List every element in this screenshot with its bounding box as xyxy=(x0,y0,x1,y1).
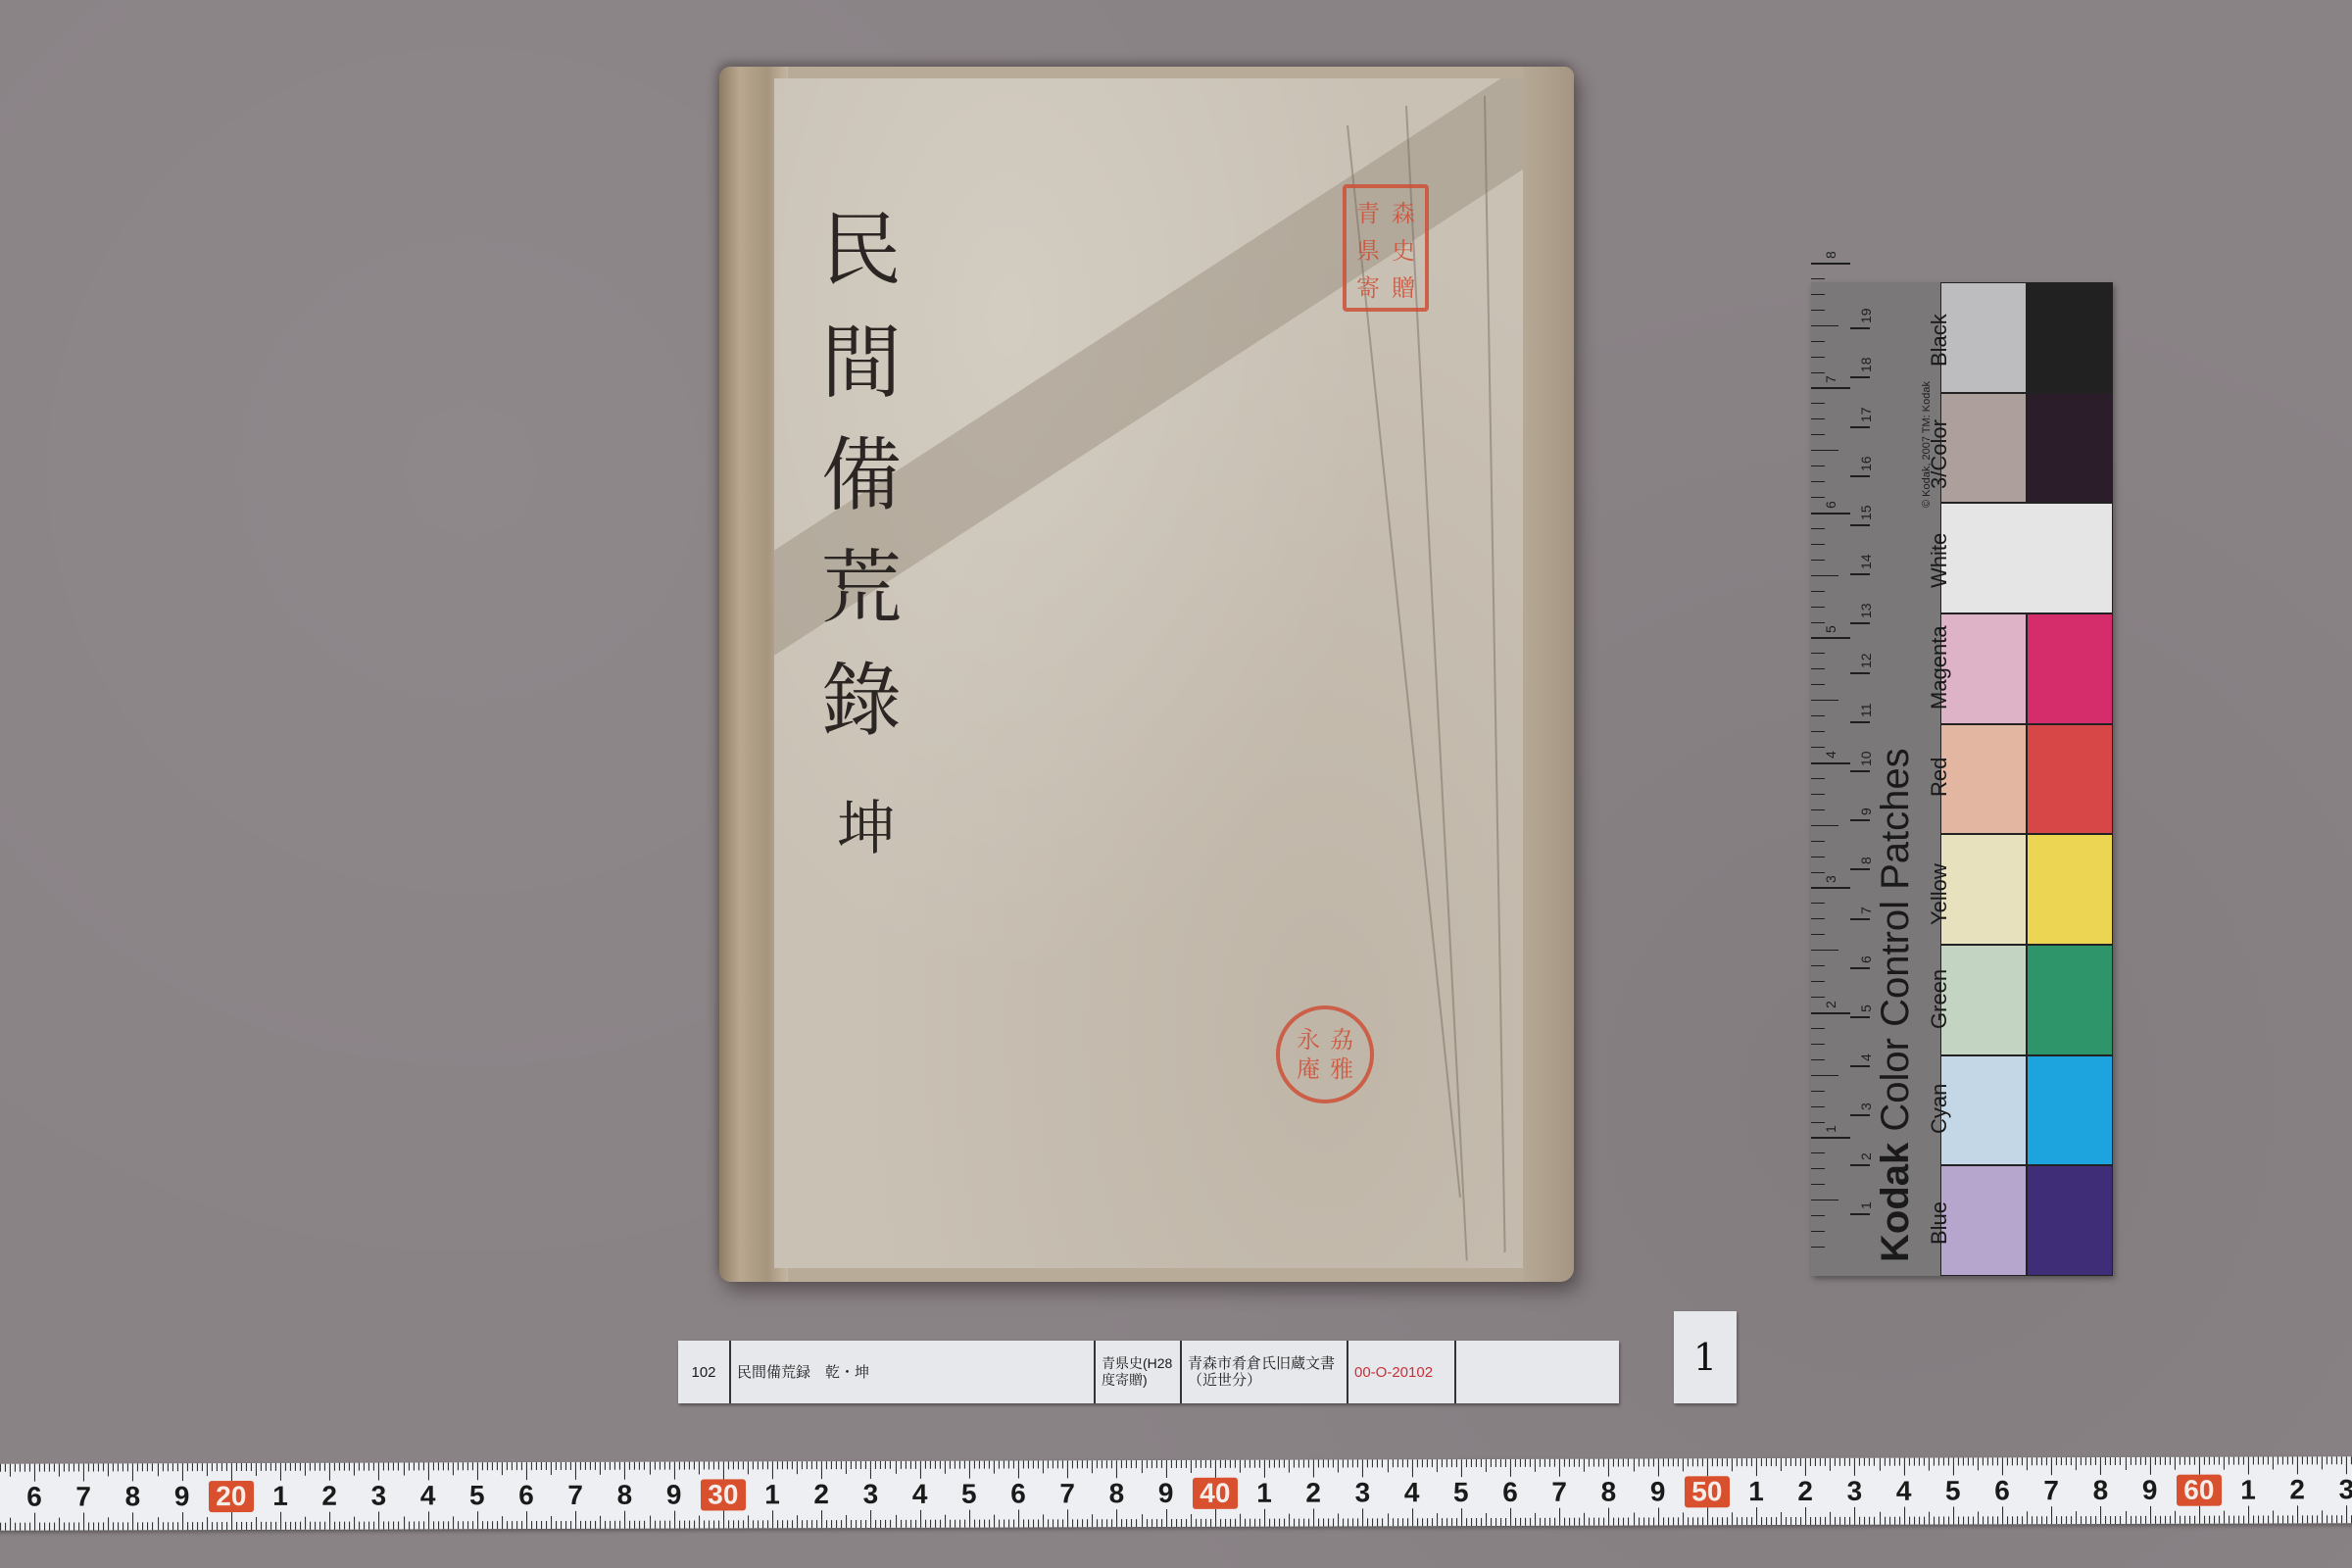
tape-tick xyxy=(132,1512,133,1530)
tape-tick xyxy=(1407,1518,1408,1526)
tape-tick xyxy=(1077,1519,1078,1527)
tape-tick xyxy=(34,1464,35,1482)
tape-tick xyxy=(1422,1518,1423,1526)
tape-tick xyxy=(1530,1459,1531,1467)
tape-tick xyxy=(2307,1515,2308,1523)
tape-tick xyxy=(1643,1517,1644,1525)
tape-tick xyxy=(197,1522,198,1530)
tape-tick xyxy=(280,1512,281,1530)
tape-tick xyxy=(831,1461,832,1469)
tape-tick xyxy=(448,1462,449,1470)
tape-tick xyxy=(319,1463,320,1471)
tape-tick xyxy=(5,1464,6,1472)
tape-tick xyxy=(49,1523,50,1531)
tape-tick xyxy=(295,1463,296,1471)
tape-tick xyxy=(1495,1459,1496,1467)
tape-tick xyxy=(1805,1507,1806,1525)
tape-tick xyxy=(694,1462,695,1470)
tape-tick xyxy=(777,1520,778,1528)
patch-label: Yellow xyxy=(1927,863,1952,925)
tape-tick xyxy=(2224,1511,2225,1524)
tape-tick xyxy=(2341,1515,2342,1523)
tape-tick xyxy=(5,1523,6,1531)
tape-tick xyxy=(354,1463,355,1476)
tape-tick xyxy=(585,1462,586,1470)
tape-tick xyxy=(2312,1515,2313,1523)
tape-label: 8 xyxy=(600,1480,649,1511)
tape-tick xyxy=(1200,1519,1201,1527)
tape-tick xyxy=(1613,1518,1614,1526)
tape-tick xyxy=(2022,1516,2023,1524)
tape-tick xyxy=(1402,1518,1403,1526)
tape-tick xyxy=(1776,1517,1777,1525)
seal-char: 劦 xyxy=(1325,1025,1358,1054)
tape-tick xyxy=(1574,1518,1575,1526)
tape-tick xyxy=(851,1520,852,1528)
tape-tick xyxy=(772,1510,773,1528)
tape-tick xyxy=(2081,1516,2082,1524)
tape-tick xyxy=(147,1463,148,1471)
tape-tick xyxy=(275,1522,276,1530)
tape-tick xyxy=(373,1463,374,1471)
tape-tick xyxy=(955,1461,955,1469)
tape-tick xyxy=(1274,1460,1275,1468)
tape-tick xyxy=(1210,1460,1211,1468)
tape-tick xyxy=(619,1521,620,1529)
tape-tick xyxy=(787,1461,788,1469)
tape-tick xyxy=(999,1461,1000,1469)
tape-tick xyxy=(2341,1456,2342,1464)
tape-tick xyxy=(236,1463,237,1471)
tape-tick xyxy=(1914,1458,1915,1466)
tape-tick xyxy=(723,1461,724,1479)
tape-tick xyxy=(127,1463,128,1471)
tape-tick xyxy=(989,1520,990,1528)
tape-tick xyxy=(197,1463,198,1471)
tape-tick xyxy=(2032,1457,2033,1465)
tape-tick xyxy=(2105,1457,2106,1465)
tape-tick xyxy=(1623,1459,1624,1467)
tape-tick xyxy=(1352,1459,1353,1467)
tape-label: 2 xyxy=(797,1479,846,1510)
inch-subtick xyxy=(1811,278,1825,279)
tape-tick xyxy=(497,1462,498,1470)
tape-tick xyxy=(709,1461,710,1469)
tape-tick xyxy=(1786,1458,1787,1466)
tape-tick xyxy=(1781,1512,1782,1525)
tape-tick xyxy=(1377,1459,1378,1467)
tape-tick xyxy=(1367,1459,1368,1467)
tape-tick xyxy=(266,1463,267,1471)
catalog-title: 民間備荒録 乾・坤 xyxy=(731,1341,1096,1403)
tape-tick xyxy=(1466,1459,1467,1467)
tape-label: 7 xyxy=(2027,1475,2076,1506)
tape-tick xyxy=(2204,1516,2205,1524)
tape-tick xyxy=(580,1521,581,1529)
tape-tick xyxy=(1382,1459,1383,1467)
patch-label: Blue xyxy=(1927,1201,1952,1245)
tape-tick xyxy=(1929,1512,1930,1525)
tape-tick xyxy=(767,1520,768,1528)
tape-tick xyxy=(959,1520,960,1528)
tape-tick xyxy=(349,1463,350,1471)
tape-tick xyxy=(955,1520,955,1528)
tape-label: 3 xyxy=(2322,1474,2352,1505)
tape-tick xyxy=(0,1523,1,1531)
tape-tick xyxy=(1908,1458,1909,1466)
tape-tick xyxy=(349,1522,350,1530)
tape-tick xyxy=(502,1462,503,1475)
tape-tick xyxy=(914,1461,915,1469)
tape-tick xyxy=(1181,1519,1182,1527)
tape-tick xyxy=(1515,1459,1516,1467)
tape-tick xyxy=(1106,1519,1107,1527)
tape-tick xyxy=(295,1522,296,1530)
tape-tick xyxy=(1328,1519,1329,1527)
tape-tick xyxy=(319,1522,320,1530)
tape-tick xyxy=(20,1523,21,1531)
tape-tick xyxy=(1264,1460,1265,1478)
tape-tick xyxy=(1471,1518,1472,1526)
tape-tick xyxy=(836,1520,837,1528)
tape-tick xyxy=(1948,1517,1949,1525)
tape-tick xyxy=(984,1461,985,1469)
tape-tick xyxy=(1200,1460,1201,1468)
tape-tick xyxy=(816,1520,817,1528)
tape-tick xyxy=(1844,1458,1845,1466)
tape-tick xyxy=(1417,1459,1418,1467)
tape-tick xyxy=(212,1463,213,1471)
tape-tick xyxy=(614,1462,615,1470)
tape-tick xyxy=(1097,1519,1098,1527)
tape-tick xyxy=(413,1462,414,1470)
tape-tick xyxy=(1451,1518,1452,1526)
tape-tick xyxy=(1707,1507,1708,1525)
tape-tick xyxy=(624,1511,625,1529)
tape-tick xyxy=(433,1462,434,1470)
tape-tick xyxy=(684,1521,685,1529)
tape-tick xyxy=(1633,1459,1634,1472)
tape-tick xyxy=(797,1515,798,1528)
color-patch-light xyxy=(1940,945,2027,1055)
tape-tick xyxy=(2175,1511,2176,1524)
tape-tick xyxy=(1245,1519,1246,1527)
tape-tick xyxy=(660,1521,661,1529)
tape-tick xyxy=(728,1520,729,1528)
tape-tick xyxy=(2243,1457,2244,1465)
tape-tick xyxy=(2258,1516,2259,1524)
tape-tick xyxy=(1067,1460,1068,1478)
tape-tick xyxy=(1461,1508,1462,1526)
tape-tick xyxy=(565,1521,566,1529)
tape-tick xyxy=(945,1461,946,1474)
tape-tick xyxy=(1854,1458,1855,1476)
tape-tick xyxy=(851,1461,852,1469)
tape-label: 6 xyxy=(502,1480,551,1511)
tape-tick xyxy=(143,1522,144,1530)
tape-tick xyxy=(1624,1518,1625,1526)
tape-tick xyxy=(654,1462,655,1470)
tape-tick xyxy=(2046,1516,2047,1524)
tape-tick xyxy=(1362,1508,1363,1526)
tape-tick xyxy=(158,1517,159,1530)
tape-tick xyxy=(1978,1457,1979,1470)
tape-tick xyxy=(1598,1459,1599,1467)
tape-tick xyxy=(217,1522,218,1530)
tape-tick xyxy=(1279,1460,1280,1468)
tape-tick xyxy=(1579,1459,1580,1467)
seal-char: 雅 xyxy=(1325,1054,1358,1084)
tape-tick xyxy=(1997,1516,1998,1524)
tape-tick xyxy=(246,1522,247,1530)
tape-tick xyxy=(1018,1510,1019,1528)
tape-tick xyxy=(2027,1511,2028,1524)
tape-tick xyxy=(1987,1516,1988,1524)
tape-tick xyxy=(969,1461,970,1479)
tape-tick xyxy=(482,1462,483,1470)
tape-tick xyxy=(122,1522,123,1530)
tape-tick xyxy=(167,1463,168,1471)
tape-tick xyxy=(512,1462,513,1470)
tape-tick xyxy=(679,1521,680,1529)
tape-tick xyxy=(1136,1460,1137,1468)
tape-major-label: 20 xyxy=(209,1481,254,1512)
tape-tick xyxy=(1215,1460,1216,1478)
tape-tick xyxy=(2081,1457,2082,1465)
tape-tick xyxy=(1593,1518,1594,1526)
tape-tick xyxy=(886,1520,887,1528)
tape-tick xyxy=(1929,1458,1930,1471)
tape-tick xyxy=(2056,1457,2057,1465)
tape-tick xyxy=(1048,1460,1049,1468)
tape-tick xyxy=(2002,1506,2003,1524)
tape-tick xyxy=(1008,1461,1009,1469)
tape-tick xyxy=(364,1463,365,1471)
tape-tick xyxy=(1825,1458,1826,1466)
tape-label: 2 xyxy=(1781,1476,1830,1507)
tape-tick xyxy=(1761,1458,1762,1466)
tape-tick xyxy=(1264,1509,1265,1527)
tape-tick xyxy=(2209,1516,2210,1524)
tape-tick xyxy=(1442,1518,1443,1526)
tape-label: 9 xyxy=(158,1481,207,1512)
tape-tick xyxy=(575,1462,576,1480)
catalog-label: 102 民間備荒録 乾・坤 青県史(H28度寄贈) 青森市肴倉氏旧蔵文書（近世分… xyxy=(678,1341,1619,1403)
tape-tick xyxy=(2273,1456,2274,1469)
tape-label: 2 xyxy=(1289,1477,1338,1508)
tape-tick xyxy=(1111,1519,1112,1527)
tape-tick xyxy=(1318,1519,1319,1527)
tape-tick xyxy=(1810,1458,1811,1466)
tape-tick xyxy=(300,1463,301,1471)
tape-tick xyxy=(153,1522,154,1530)
tape-tick xyxy=(339,1522,340,1530)
tape-tick xyxy=(241,1463,242,1471)
tape-tick xyxy=(378,1463,379,1481)
tape-tick xyxy=(526,1462,527,1480)
tape-tick xyxy=(78,1464,79,1472)
catalog-blank-cell xyxy=(1456,1341,1619,1403)
tape-tick xyxy=(1574,1459,1575,1467)
tape-tick xyxy=(1131,1460,1132,1468)
tape-tick xyxy=(1648,1517,1649,1525)
tape-tick xyxy=(1249,1460,1250,1468)
tape-tick xyxy=(595,1521,596,1529)
tape-tick xyxy=(2170,1516,2171,1524)
tape-tick xyxy=(673,1462,674,1480)
tape-tick xyxy=(1160,1460,1161,1468)
tape-tick xyxy=(1559,1508,1560,1526)
tape-tick xyxy=(103,1522,104,1530)
tape-tick xyxy=(54,1464,55,1472)
tape-tick xyxy=(689,1462,690,1470)
tape-tick xyxy=(1958,1457,1959,1465)
tape-tick xyxy=(168,1522,169,1530)
tape-tick xyxy=(1367,1518,1368,1526)
tape-tick xyxy=(2134,1457,2135,1465)
tape-tick xyxy=(290,1522,291,1530)
tape-tick xyxy=(1569,1518,1570,1526)
tape-tick xyxy=(1417,1518,1418,1526)
tape-tick xyxy=(1456,1459,1457,1467)
tape-tick xyxy=(1028,1460,1029,1468)
tape-label: 1 xyxy=(1732,1476,1781,1507)
tape-tick xyxy=(64,1523,65,1531)
tape-tick xyxy=(1732,1458,1733,1471)
tape-tick xyxy=(1111,1460,1112,1468)
tape-tick xyxy=(492,1462,493,1470)
tape-tick xyxy=(44,1464,45,1472)
tape-tick xyxy=(585,1521,586,1529)
tape-tick xyxy=(1559,1459,1560,1477)
tape-tick xyxy=(1924,1517,1925,1525)
tape-tick xyxy=(428,1511,429,1529)
tape-tick xyxy=(1013,1520,1014,1528)
tape-tick xyxy=(2051,1506,2052,1524)
tape-tick xyxy=(748,1515,749,1528)
tape-tick xyxy=(2263,1457,2264,1465)
tape-tick xyxy=(1401,1459,1402,1467)
tape-tick xyxy=(2307,1456,2308,1464)
tape-tick xyxy=(663,1462,664,1470)
tape-label: 7 xyxy=(551,1480,600,1511)
tape-tick xyxy=(896,1515,897,1528)
tape-tick xyxy=(821,1461,822,1479)
tape-tick xyxy=(811,1520,812,1528)
tape-tick xyxy=(875,1461,876,1469)
tape-tick xyxy=(895,1461,896,1474)
tape-tick xyxy=(2002,1457,2003,1475)
tape-tick xyxy=(339,1463,340,1471)
tape-tick xyxy=(34,1513,35,1531)
tape-tick xyxy=(2105,1516,2106,1524)
tape-tick xyxy=(1077,1460,1078,1468)
tape-tick xyxy=(994,1461,995,1474)
tape-tick xyxy=(1515,1518,1516,1526)
tape-tick xyxy=(856,1520,857,1528)
tape-tick xyxy=(905,1461,906,1469)
tape-tick xyxy=(1013,1461,1014,1469)
sequence-number-card: 1 xyxy=(1674,1311,1737,1403)
tape-tick xyxy=(1186,1460,1187,1468)
tape-tick xyxy=(1303,1519,1304,1527)
tape-tick xyxy=(1383,1518,1384,1526)
tape-tick xyxy=(152,1463,153,1471)
tape-tick xyxy=(605,1521,606,1529)
tape-tick xyxy=(1904,1507,1905,1525)
tape-tick xyxy=(315,1522,316,1530)
tape-tick xyxy=(1481,1518,1482,1526)
tape-tick xyxy=(674,1511,675,1529)
tape-tick xyxy=(1269,1519,1270,1527)
tape-tick xyxy=(1658,1507,1659,1525)
tape-tick xyxy=(1240,1514,1241,1527)
tape-tick xyxy=(994,1515,995,1528)
tape-tick xyxy=(458,1462,459,1470)
tape-tick xyxy=(1737,1517,1738,1525)
tape-tick xyxy=(909,1461,910,1469)
tape-tick xyxy=(753,1461,754,1469)
tape-major-label: 50 xyxy=(1685,1476,1730,1507)
color-patch-dark xyxy=(2027,1165,2113,1276)
tape-tick xyxy=(383,1522,384,1530)
tape-tick xyxy=(1510,1508,1511,1526)
tape-tick xyxy=(930,1461,931,1469)
tape-tick xyxy=(1859,1458,1860,1466)
tape-tick xyxy=(1938,1517,1939,1525)
tape-tick xyxy=(1038,1519,1039,1527)
tape-tick xyxy=(713,1520,714,1528)
tape-tick xyxy=(1727,1517,1728,1525)
tape-tick xyxy=(945,1515,946,1528)
tape-tick xyxy=(389,1522,390,1530)
tape-tick xyxy=(551,1462,552,1475)
tape-tick xyxy=(1540,1459,1541,1467)
tape-tick xyxy=(433,1521,434,1529)
tape-label: 3 xyxy=(1830,1476,1879,1507)
tape-tick xyxy=(1642,1459,1643,1467)
tape-tick xyxy=(2041,1516,2042,1524)
tape-tick xyxy=(438,1462,439,1470)
tape-tick xyxy=(2051,1457,2052,1475)
tape-tick xyxy=(315,1463,316,1471)
tape-tick xyxy=(1879,1458,1880,1471)
tape-tick xyxy=(1343,1459,1344,1467)
tape-tick xyxy=(2061,1516,2062,1524)
tape-tick xyxy=(2219,1457,2220,1465)
tape-tick xyxy=(787,1520,788,1528)
tape-tick xyxy=(1771,1517,1772,1525)
tape-tick xyxy=(1880,1512,1881,1525)
tape-tick xyxy=(1835,1458,1836,1466)
tape-tick xyxy=(1347,1518,1348,1526)
tape-tick xyxy=(1603,1518,1604,1526)
tape-tick xyxy=(93,1522,94,1530)
tape-tick xyxy=(1505,1518,1506,1526)
tape-tick xyxy=(1889,1517,1890,1525)
tape-tick xyxy=(1294,1460,1295,1468)
tape-tick xyxy=(2229,1516,2229,1524)
tape-tick xyxy=(1308,1519,1309,1527)
tape-tick xyxy=(20,1464,21,1472)
tape-label: 2 xyxy=(305,1481,354,1512)
seal-char: 寄 xyxy=(1350,269,1386,303)
tape-tick xyxy=(1373,1518,1374,1526)
tape-tick xyxy=(860,1461,861,1469)
tape-tick xyxy=(122,1463,123,1471)
tape-tick xyxy=(280,1463,281,1481)
tape-tick xyxy=(285,1463,286,1471)
